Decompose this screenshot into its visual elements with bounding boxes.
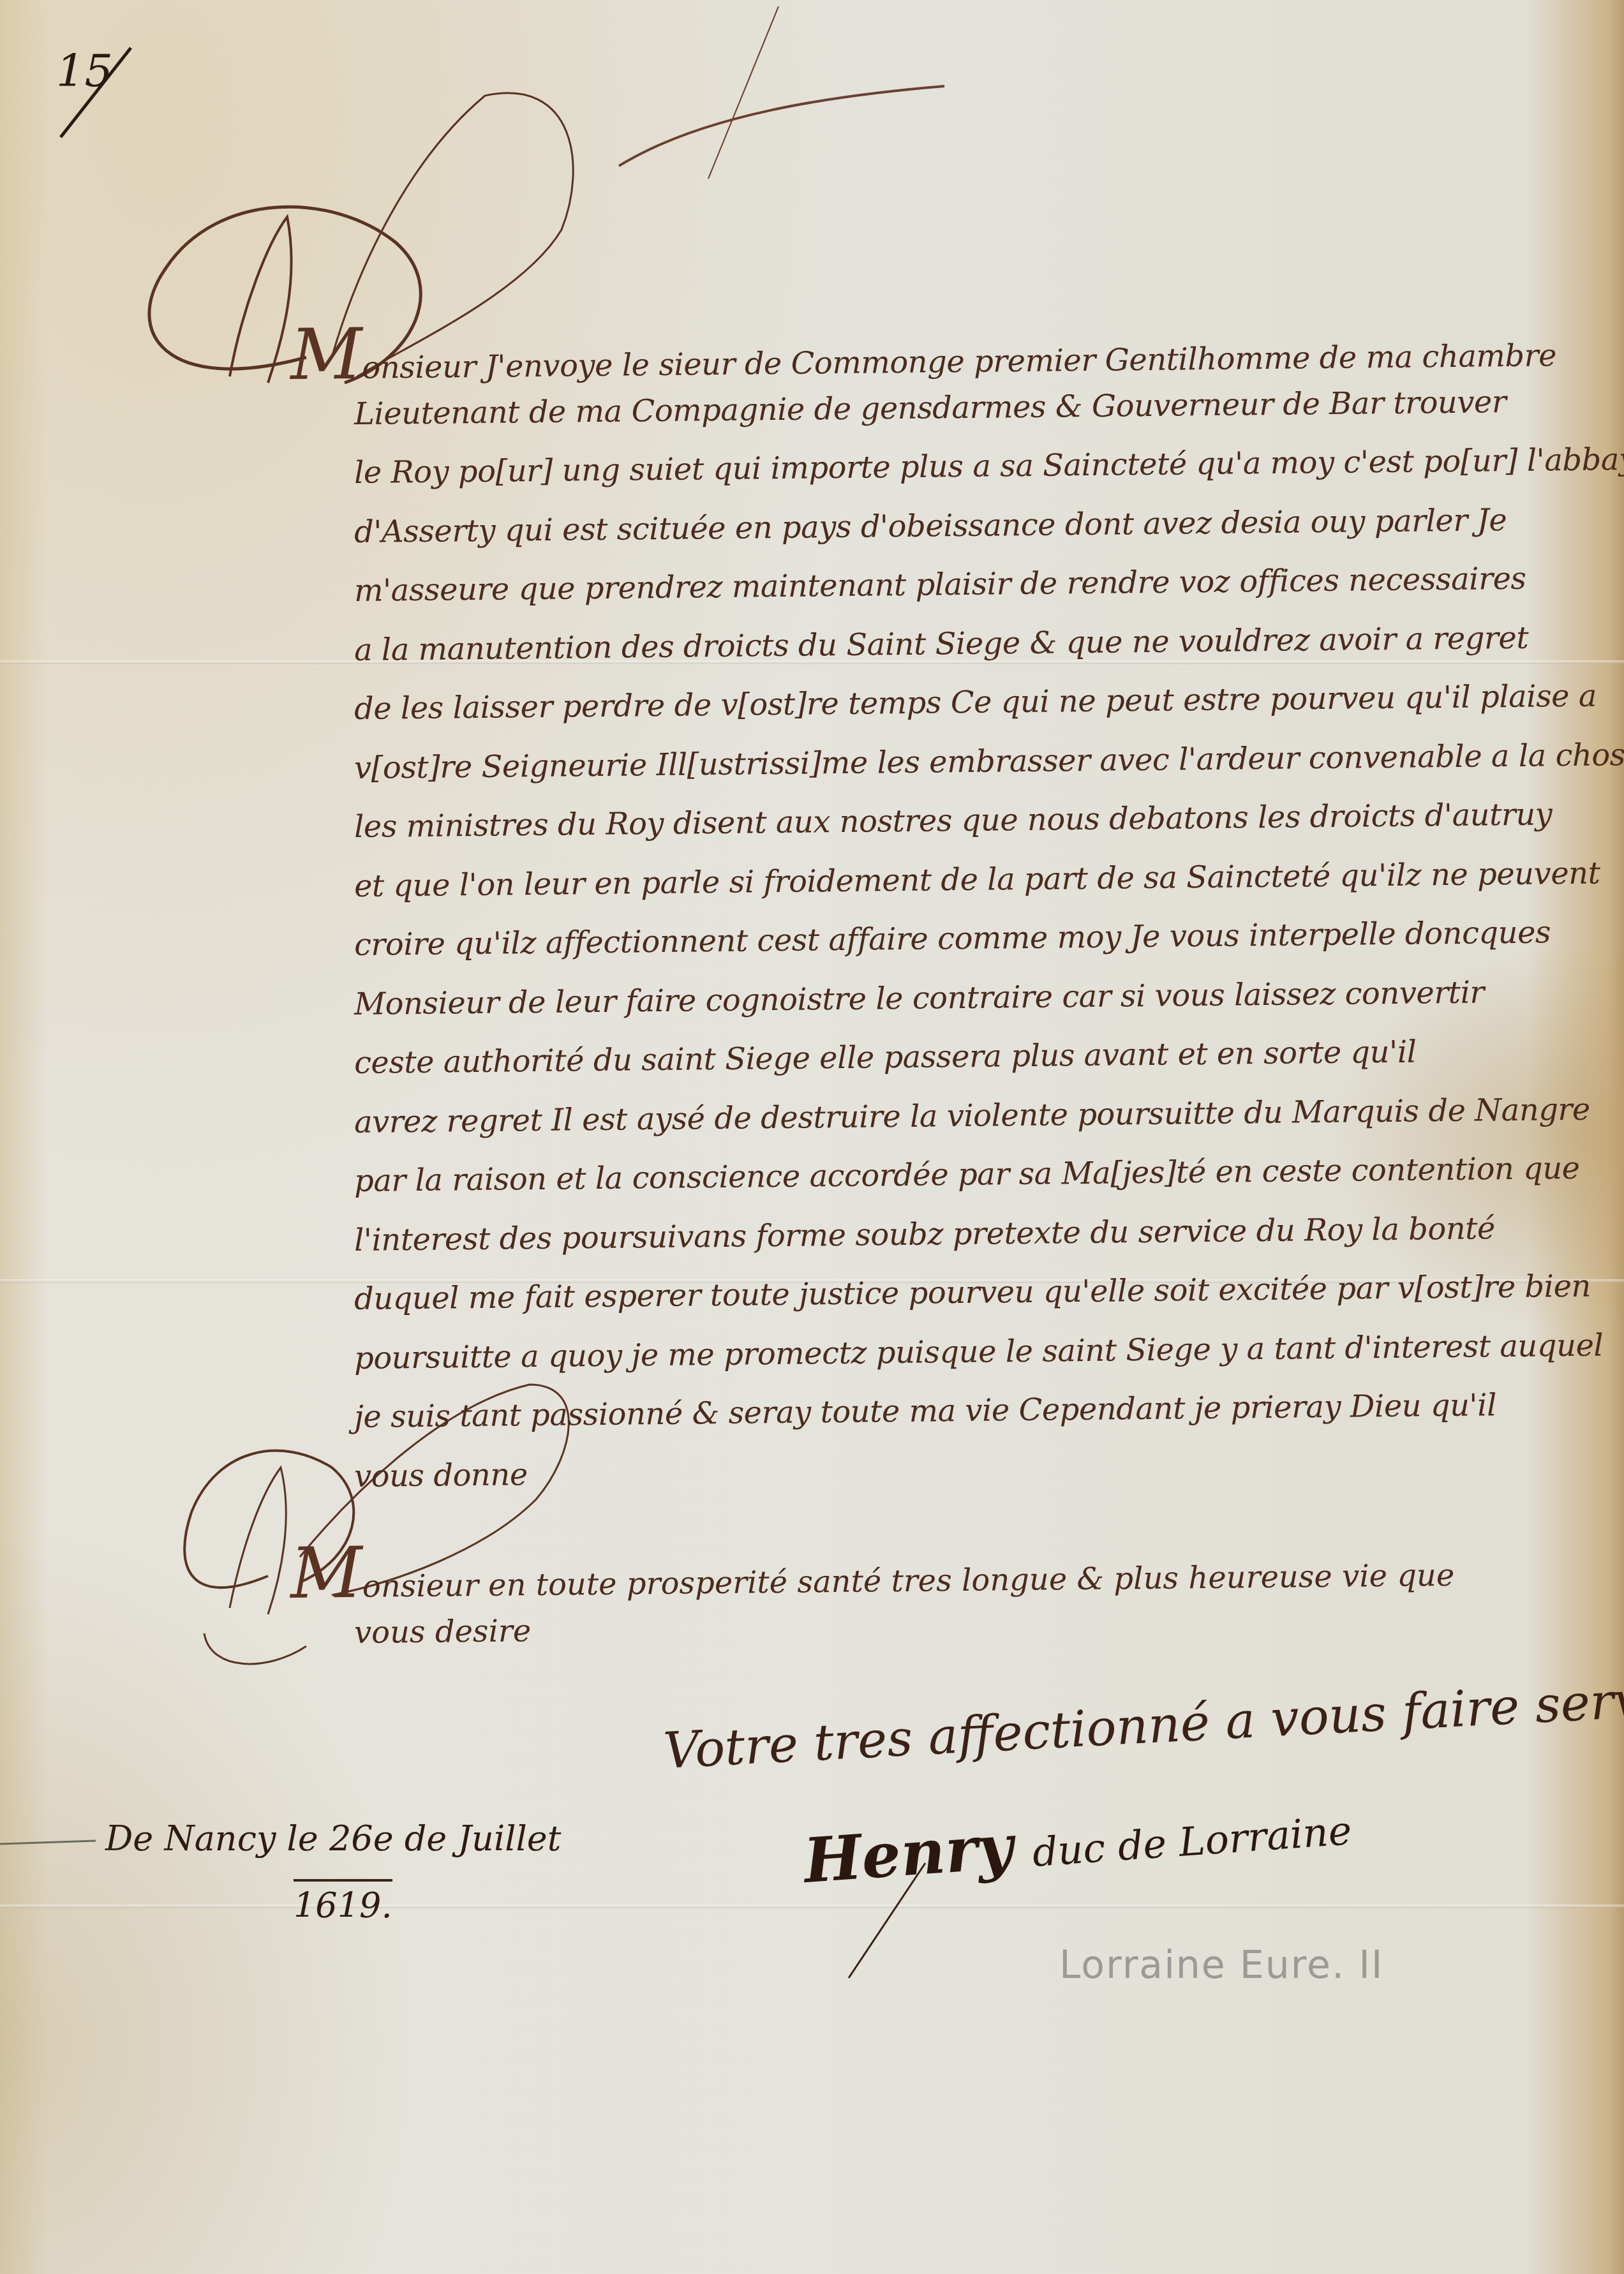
archival-pencil-note: Lorraine Eure. II	[1059, 1943, 1384, 1988]
autograph-signature: Henryduc de Lorraine	[801, 1787, 1353, 1897]
closing-line: vous desire	[354, 1591, 1567, 1662]
closing-formula: Monsieur en toute prosperité santé tres …	[354, 1544, 1567, 1662]
signature-title: duc de Lorraine	[1031, 1807, 1353, 1876]
signature-name: Henry	[801, 1810, 1015, 1897]
folio-number: 15	[56, 45, 113, 97]
salutation-initial: M	[290, 313, 362, 396]
paper-fold-crease	[0, 1905, 1624, 1908]
manuscript-page: 15 Monsieur J'envoye le sieur de Commong…	[0, 0, 1624, 2274]
dateline-place-day: De Nancy le 26e de Juillet	[105, 1818, 561, 1859]
autograph-subscription: Votre tres affectionné a vous faire serv…	[662, 1668, 1624, 1780]
letter-body: Monsieur J'envoye le sieur de Commonge p…	[354, 325, 1611, 1506]
dateline-year: 1619.	[294, 1879, 392, 1926]
